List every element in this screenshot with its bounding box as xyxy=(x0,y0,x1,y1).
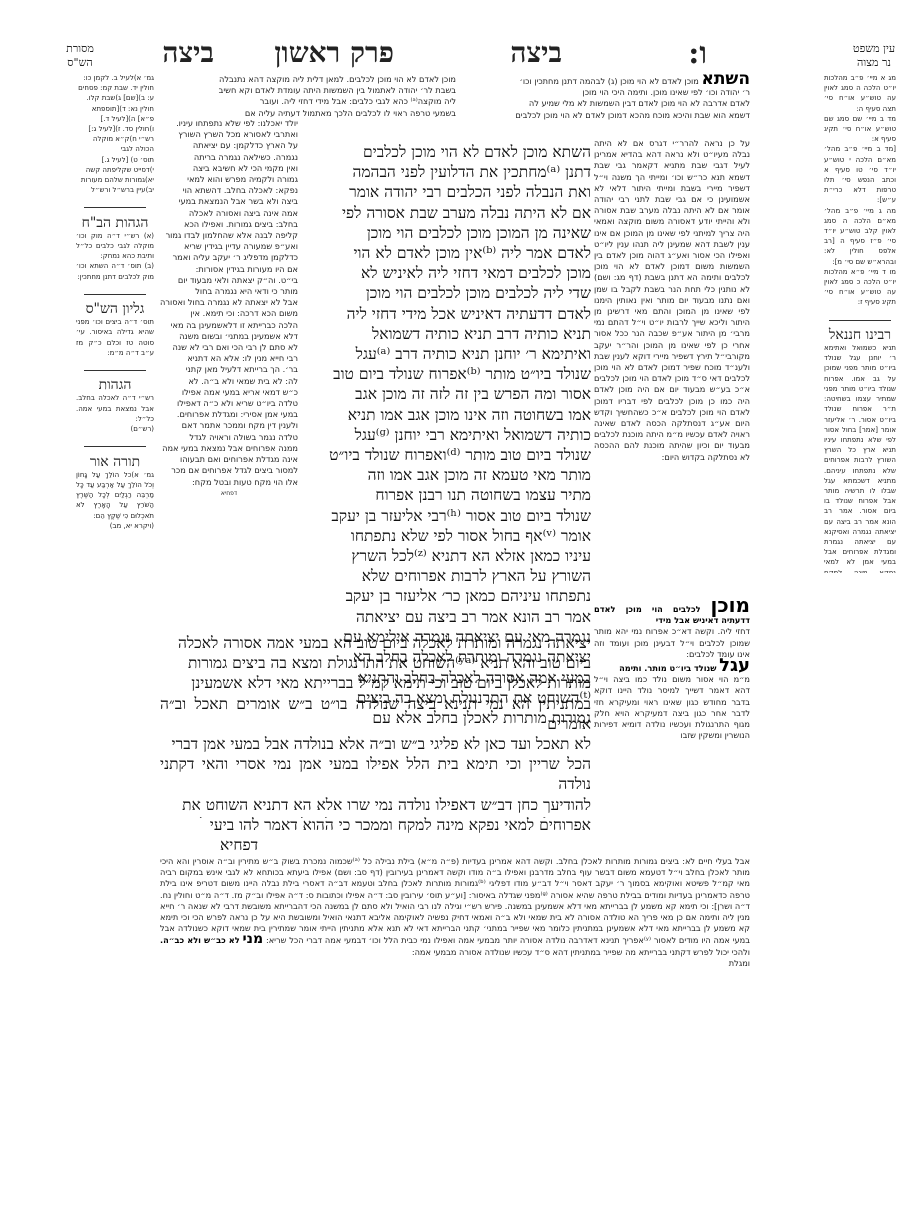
left-margin: גמ׳ א)לעיל ב. לקמן כו: חולין יד. שבת קמ:… xyxy=(76,73,154,633)
rashi-body: על כן נראה להרר״י דגרס אם לא היתה נבלה מ… xyxy=(594,138,750,463)
gemara-wide-text: יציאתה נגמרה ומותרת לאכלה ביום טוב הא במ… xyxy=(160,633,591,818)
rabbeinu-chananel-title: רבינו חננאל xyxy=(824,330,896,340)
gemara-line: אפרוחים למאי נפקא מינה למקח וממכר כי ההו… xyxy=(160,815,591,835)
gemara-line: נתפתחו עיניהם כמאן כר׳ אליעזר בן יעקב xyxy=(313,586,591,606)
gemara-line: שנולד ביום טוב מותר ⁽ᵈ⁾ואפרוח שנולד ביו״… xyxy=(313,445,591,465)
tosafot-line: כדלקמן מדפליג ר׳ יעקב עליה ואמר xyxy=(160,252,298,263)
rashi-dh-text: מ״מ הוי אסור משום נולד כמו ביצה וי״ל דהא… xyxy=(594,674,750,741)
gemara-column: השתא מוכן לאדם לא הוי מוכן לכלבים דתנן ⁽… xyxy=(313,142,591,606)
tosafot-line: במעי אמן אסירי: ומגדלת אפרוחים. xyxy=(160,409,298,420)
tosafot-column: יולד יאכלנו: לפי שלא נתפתחו עיניו. ואתרב… xyxy=(160,118,298,618)
masoret-label: מסורת xyxy=(40,42,120,56)
tosafot-line: משום הכא דרכה: וכי תימא. אין xyxy=(160,308,298,319)
rashi-dh-rest: שנולד ביו״ט מותר. ותימה xyxy=(619,663,716,673)
gemara-line: שדי ליה לכלבים מוכן לכלבים הוי מוכן xyxy=(313,283,591,303)
ornament-divider xyxy=(824,316,896,326)
ein-mishpat-entry: מה ג מיי׳ פ״ב מהל׳ מא״ם הלכה ה סמג לאוין… xyxy=(824,206,896,267)
masoret-line: תוס׳ ט) [לעיל ג.] xyxy=(76,155,154,165)
tosafot-line: רבי חייא מנין לו: אלא הא דתניא xyxy=(160,353,298,364)
gemara-line: הכל שריין וכי תימא בית הלל אפילו במעי אמ… xyxy=(160,754,591,794)
tosafot-line: כ״ש דמאי אריא במעי אמה אפילו xyxy=(160,387,298,398)
bottom-dh-rest: לא כב״ש ולא כב״ה. xyxy=(160,935,240,945)
tosafot-line: על הארץ כדלקמן: עם יציאתה xyxy=(160,140,298,151)
tosafot-line: ואע״פ שמעורה עדיין בגידין שריא xyxy=(160,241,298,252)
masoret-line: חולין נא: ד)[תוספתא xyxy=(76,104,154,114)
daf-number: ו: xyxy=(688,36,707,62)
rashi-line: מוכן לאדם לא הוי מוכן (ג) לבהמה דתנן מחת… xyxy=(519,76,698,86)
masoret-line: יב)עיין ברש״ל ורש״ל xyxy=(76,185,154,195)
tosafot-line: נגמרה. כשילאה נגמרה בריתה xyxy=(160,152,298,163)
rabbeinu-chananel-text: תניא כשמואל ואתימא ר׳ יוחנן עגל שנולד בי… xyxy=(824,343,896,573)
gemara-line: כותיה דשמואל ואיתימא רבי יוחנן ⁽ᵍ⁾עגל xyxy=(313,425,591,445)
masoret-line: פ״א] ה)[לעיל ד.] xyxy=(76,114,154,124)
ein-mishpat-entry: מו ד מיי׳ פ״א מהלכות יו״ט הלכה כ סמג לאו… xyxy=(824,267,896,308)
tosafot-line: אבל לא יצאתה לא נגמרה בחול ואסורה xyxy=(160,297,298,308)
tosafot-line: למסור ביצים לגדל אפרוחים אם מכר xyxy=(160,465,298,476)
gemara-line: השתא מוכן לאדם לא הוי מוכן לכלבים xyxy=(313,142,591,162)
tosafot-line: ביצה ולא בשר אבל הנמצאת במעי xyxy=(160,196,298,207)
tosafot-line: בר׳. הך ברייתא דלעיל מאן קתני xyxy=(160,364,298,375)
gilyon-hashas-text: תוס׳ ד״ה ביצים וכו׳ מפני שהיא גדילה באיס… xyxy=(76,317,154,358)
torah-ohr-source: (ויקרא יא, מב) xyxy=(76,521,154,531)
torah-ohr-title: תורה אור xyxy=(76,457,154,467)
tosafot-line: טלדה ביו״ט שריא ולא כ״ה דאפילו xyxy=(160,398,298,409)
gemara-line: שנולד ביו״ט מותר ⁽ᵇ⁾אפרוח שנולד ביום טוב xyxy=(313,364,591,384)
tractate-title-left: ביצה xyxy=(162,36,214,62)
tosafot-line: אינה מגדלת אפרוחים ואם תבעוהו xyxy=(160,454,298,465)
ein-mishpat-header: עין משפט נר מצוה xyxy=(838,42,910,70)
tosafot-line: לה: לא בית שמאי ולא ב״ה. לא xyxy=(160,376,298,387)
tosafot-line: מותר כי ודאי היא נגמרה בחול xyxy=(160,286,298,297)
gemara-line: מוכן לכלבים דמאי דחזי ליה לאיניש לא xyxy=(313,263,591,283)
tosafot-line: נפקא: לאכלה בחלב. דהשתא הוי xyxy=(160,185,298,196)
chapter-title: פרק ראשון xyxy=(274,36,394,62)
masoret-line: י)דסייט שקליפתה קשה xyxy=(76,165,154,175)
ein-mishpat-entry: מג א מיי׳ פ״ב מהלכות יו״ט הלכה ה סמג לאו… xyxy=(824,73,896,114)
tosafot-line: טלדה נגמר בשולה וראויה לגדל xyxy=(160,432,298,443)
rashi-dh-egel: עגל xyxy=(719,655,750,676)
masoret-line: הכולה לגבי xyxy=(76,144,154,154)
ornament-divider xyxy=(76,442,154,452)
gemara-line: לא תאכל ועד כאן לא פליגי ב״ש וב״ה אלא בנ… xyxy=(160,734,591,754)
tosafot-line: דלא אשמעינן במתני׳ ובשום משנה xyxy=(160,331,298,342)
tosafot-line: ליה מוקצה⁽ᵃ⁾ כהא לגבי כלבים: אבל מידי דח… xyxy=(160,96,456,107)
hagahot-text: רש״י ד״ה לאכלה בחלב. אבל נמצאת במעי אמה.… xyxy=(76,393,154,424)
gemara-line: להודיעך כחן דב״ש דאפילו נולדה נמי שרו אל… xyxy=(160,795,591,815)
ornament-divider xyxy=(76,203,154,213)
ornament-divider xyxy=(76,366,154,376)
masoret-line: יא)גמורות שלהם מעורות xyxy=(76,175,154,185)
hagahot-habach-title: הגהות הב"ח xyxy=(76,218,154,228)
bottom-dh-word: מני xyxy=(243,931,264,947)
tosafot-line: אם היו מעורות בגידין אסורות: xyxy=(160,264,298,275)
gilyon-hashas-title: גליון הש"ס xyxy=(76,304,154,314)
ein-mishpat-entry: מד ב מיי׳ שם סמג שם טוש״ע או״ח סי׳ תקיג … xyxy=(824,114,896,145)
bottom-catchword: ומגלת xyxy=(160,958,750,969)
gemara-wide-text-2: אפרוחים למאי נפקא מינה למקח וממכר כי ההו… xyxy=(160,815,591,855)
rashi-line: ר׳ יהודה וכו׳ לפי שאינו מוכן. ותימה היכי… xyxy=(456,87,750,98)
tosafot-line: ולענין דין מקח וממכר אתמר דאם xyxy=(160,420,298,431)
rashi-top: השתא מוכן לאדם לא הוי מוכן (ג) לבהמה דתנ… xyxy=(456,74,750,146)
gemara-catchword: דפחיא xyxy=(160,835,591,855)
tosafot-line: אמה אינה ביצה ואסורה לאכלה xyxy=(160,208,298,219)
masoret-line: ע: ב)[שם] ג)שבת קלו. xyxy=(76,93,154,103)
gemara-line: אומר ⁽ᵛ⁾אף בחול אסור לפי שלא נתפתחו xyxy=(313,526,591,546)
ein-mishpat-label: עין משפט xyxy=(838,42,910,56)
tosafot-catchword: דפחיא xyxy=(160,488,298,499)
hagahot-title: הגהות xyxy=(76,380,154,390)
masoret-line: גמ׳ א)לעיל ב. לקמן כו: xyxy=(76,73,154,83)
bottom-commentary-tail: ולהכי יכול לפרש דקתני בברייתא מה שפייר ב… xyxy=(412,947,750,957)
tosafot-line: בחלב: ביצים גמורות. ואפילו הכא xyxy=(160,219,298,230)
tosafot-line: מוכן לאדם לא הוי מוכן לכלבים. למאן דלית … xyxy=(160,74,456,85)
ornament-divider xyxy=(76,290,154,300)
gemara-line: מתיר עצמו בשחוטה תנו רבנן אפרוח xyxy=(313,485,591,505)
gemara-line: ואיתימא ר׳ יוחנן תניא כותיה דרב ⁽ᵃ⁾עגל xyxy=(313,344,591,364)
gemara-line: לאדם אמר ליה ⁽ᵇ⁾אין מוכן לאדם לא הוי xyxy=(313,243,591,263)
gemara-line: יציאתה נגמרה ומותרת לאכלה ביום טוב הא במ… xyxy=(160,633,591,653)
tosafot-line: ואין מקמי הכי לא חשיבא ביצה xyxy=(160,163,298,174)
masoret-line: חולין יד. שבת קמ: פסחים xyxy=(76,83,154,93)
hagahot-habach-entry: (א) רש״י ד״ה מוק וכו׳ מוקלה לגבי כלבים כ… xyxy=(76,231,154,262)
tosafot-line: קליפה לבנה אלא שהחלמון לבדו גמור xyxy=(160,230,298,241)
tosafot-line: הלכה כברייתא זו דלאשמעינן בה מאי xyxy=(160,320,298,331)
tosafot-line: בשבת לר׳ יהודה לאתמול בין השמשות היתה עו… xyxy=(160,85,456,96)
talmud-page: עין משפט נר מצוה ו: ביצה פרק ראשון ביצה … xyxy=(0,0,914,1213)
gemara-line: אסור ומה הפרש בין זה לזה זה מוכן אגב xyxy=(313,384,591,404)
rashi-line: דשמא הוא שבת והיכא מוכח מהכא דמוכן לאדם … xyxy=(456,110,750,121)
hagahot-source: (רש״ם) xyxy=(76,424,154,434)
gemara-line: לאדם דדעתיה דאיניש אכל מידי דחזי ליה xyxy=(313,304,591,324)
masoret-line: ו)חולין סד. ז)[לעיל ג:] xyxy=(76,124,154,134)
gemara-line: שנולד ביום טוב אסור ⁽ʰ⁾רבי אליעזר בן יעק… xyxy=(313,506,591,526)
gemara-line: דתנן ⁽ᵃ⁾מחתכין את הדלועין לפני הבהמה xyxy=(313,162,591,182)
masoret-header: מסורת הש"ס xyxy=(40,42,120,70)
tosafot-line: ממנה אפרוחים אבל נמצאת במעי אמה xyxy=(160,443,298,454)
bottom-commentary: אבל בעלי חיים לא: ביצים גמורות מותרות לא… xyxy=(160,856,750,996)
masoret-line: רש״י ח)ק״א מוקלה xyxy=(76,134,154,144)
hashas-label: הש"ס xyxy=(40,56,120,70)
rashi-line: לאדם אדרבה לא הוי מוכן לאדם דבין השמשות … xyxy=(456,98,750,109)
rashi-column-lower: מוכן לכלבים הוי מוכן לאדם דדעתיה דאיניש … xyxy=(594,600,750,800)
tosafot-line: גמורה ולקמיה מפרש והוא למאי xyxy=(160,174,298,185)
torah-ohr-text: גמ׳ א)כל הוֹלֵךְ עַל גָּחוֹן וְכֹל הוֹלֵ… xyxy=(76,470,154,521)
ein-mishpat-entry: [מד ב מיי׳ פ״ב מהל׳ מא״ם הלכה י טוש״ע יו… xyxy=(824,144,896,205)
rashi-column: על כן נראה להרר״י דגרס אם לא היתה נבלה מ… xyxy=(594,138,750,598)
ner-mitzvah-label: נר מצוה xyxy=(838,56,910,70)
gemara-line: אם לא היתה נבלה מערב שבת אסורה לפי xyxy=(313,203,591,223)
tosafot-line: ואתרבי לאסורא מכל השרץ השורץ xyxy=(160,129,298,140)
gemara-line: ביום טוב והא תניא ⁽ʸᵃ⁾השוחט את התרנגולת … xyxy=(160,653,591,673)
gemara-line: השורץ על הארץ לרבות אפרוחים שלא xyxy=(313,566,591,586)
gemara-line: אמו בשחוטה וזה אינו מוכן אגב אמו תניא xyxy=(313,405,591,425)
tractate-title-right: ביצה xyxy=(510,36,562,62)
right-margin: מג א מיי׳ פ״ב מהלכות יו״ט הלכה ה סמג לאו… xyxy=(824,73,896,573)
gemara-line: מותרות לאכלן ביום טוב וכי תימא קמ״ל בברי… xyxy=(160,673,591,693)
gemara-line: במתניתין הא נמי תנינא ביצה שנולדה בו״ט ב… xyxy=(160,694,591,734)
gemara-line: עיניו כמאן אזלא הא דתניא ⁽ᶻ⁾לכל השרץ xyxy=(313,546,591,566)
gemara-line: ואת הנבלה לפני הכלבים רבי יהודה אומר xyxy=(313,182,591,202)
gemara-line: תניא כותיה דרב תניא כותיה דשמואל xyxy=(313,324,591,344)
tosafot-line: לא סתם לן רבי הכי ואם רבי לא שנה xyxy=(160,342,298,353)
tosafot-line: יולד יאכלנו: לפי שלא נתפתחו עיניו. xyxy=(160,118,298,129)
tosafot-line: בי״ט. וה״ק יצאתה ולאי מבעוד יום xyxy=(160,275,298,286)
tosafot-line: אלו הוי מקח טעות ובטל מקח: xyxy=(160,477,298,488)
gemara-line: מותר מאי טעמא זה מוכן אגב אמו וזה xyxy=(313,465,591,485)
masoret-hashas: גמ׳ א)לעיל ב. לקמן כו: חולין יד. שבת קמ:… xyxy=(76,73,154,195)
gemara-line: שאינה מן המוכן מוכן לכלבים הוי מוכן xyxy=(313,223,591,243)
hagahot-habach-entry: (ב) תוס׳ ד״ה השתא וכו׳ מוק לכלבים דתנן מ… xyxy=(76,261,154,281)
